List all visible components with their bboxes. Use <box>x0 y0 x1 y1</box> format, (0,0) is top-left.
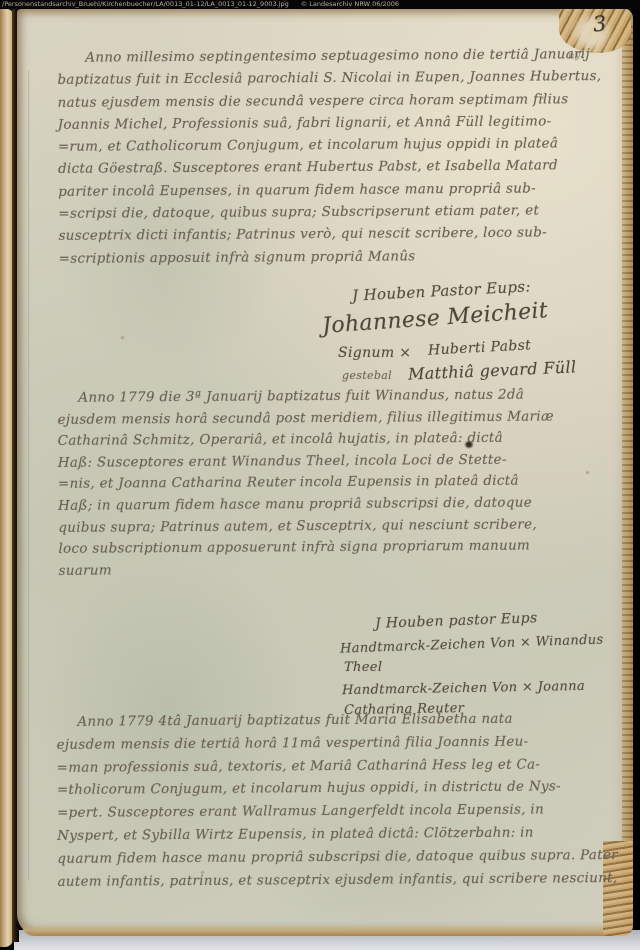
record-line: loco subscriptionum apposuerunt infrà si… <box>58 535 578 560</box>
baptism-record-1: Anno millesimo septingentesimo septuages… <box>57 44 579 271</box>
record-line: ejusdem mensis die tertiâ horâ 11mâ vesp… <box>57 731 587 757</box>
record-line: quarum fidem hasce manu propriâ subscrip… <box>57 845 587 871</box>
document-scan-viewer: /Personenstandsarchiv_Bruehl/Kirchenbuec… <box>0 0 640 950</box>
record-line: Nyspert, et Sybilla Wirtz Eupensis, in p… <box>57 822 587 848</box>
handmark-godfather-surname: Theel <box>344 660 382 675</box>
record-line: susceptrix dicti infantis; Patrinus verò… <box>58 223 578 249</box>
baptism-record-2: Anno 1779 die 3ª Januarij baptizatus fui… <box>57 384 578 582</box>
scan-file-path: /Personenstandsarchiv_Bruehl/Kirchenbuec… <box>2 0 289 9</box>
binding-crease <box>27 70 30 880</box>
record-line: Haß; in quarum fidem hasce manu propriâ … <box>58 492 578 517</box>
record-line: Anno 1779 4tâ Januarij baptizatus fuit M… <box>56 708 586 734</box>
page-number: 3 <box>592 11 608 36</box>
scan-copyright: © Landesarchiv NRW 06/2006 <box>301 0 399 9</box>
baptism-record-3: Anno 1779 4tâ Januarij baptizatus fuit M… <box>56 708 587 894</box>
record-line: =scriptionis apposuit infrà signum propr… <box>59 245 579 271</box>
signature-note: gestebal <box>342 369 392 382</box>
signature-signum-label: Signum × <box>338 345 411 361</box>
scan-header-bar: /Personenstandsarchiv_Bruehl/Kirchenbuec… <box>0 0 640 9</box>
record-line: autem infantis, patrinus, et susceptrix … <box>57 868 587 894</box>
page-edge-bottom <box>22 925 630 936</box>
page-deckle-edge-right <box>622 20 633 934</box>
record-line: dicta Göestraß. Susceptores erant Hubert… <box>58 156 578 182</box>
record-line: suarum <box>59 557 579 582</box>
record-line: Anno 1779 die 3ª Januarij baptizatus fui… <box>57 384 577 409</box>
record-line: baptizatus fuit in Ecclesiâ parochiali S… <box>57 66 577 92</box>
